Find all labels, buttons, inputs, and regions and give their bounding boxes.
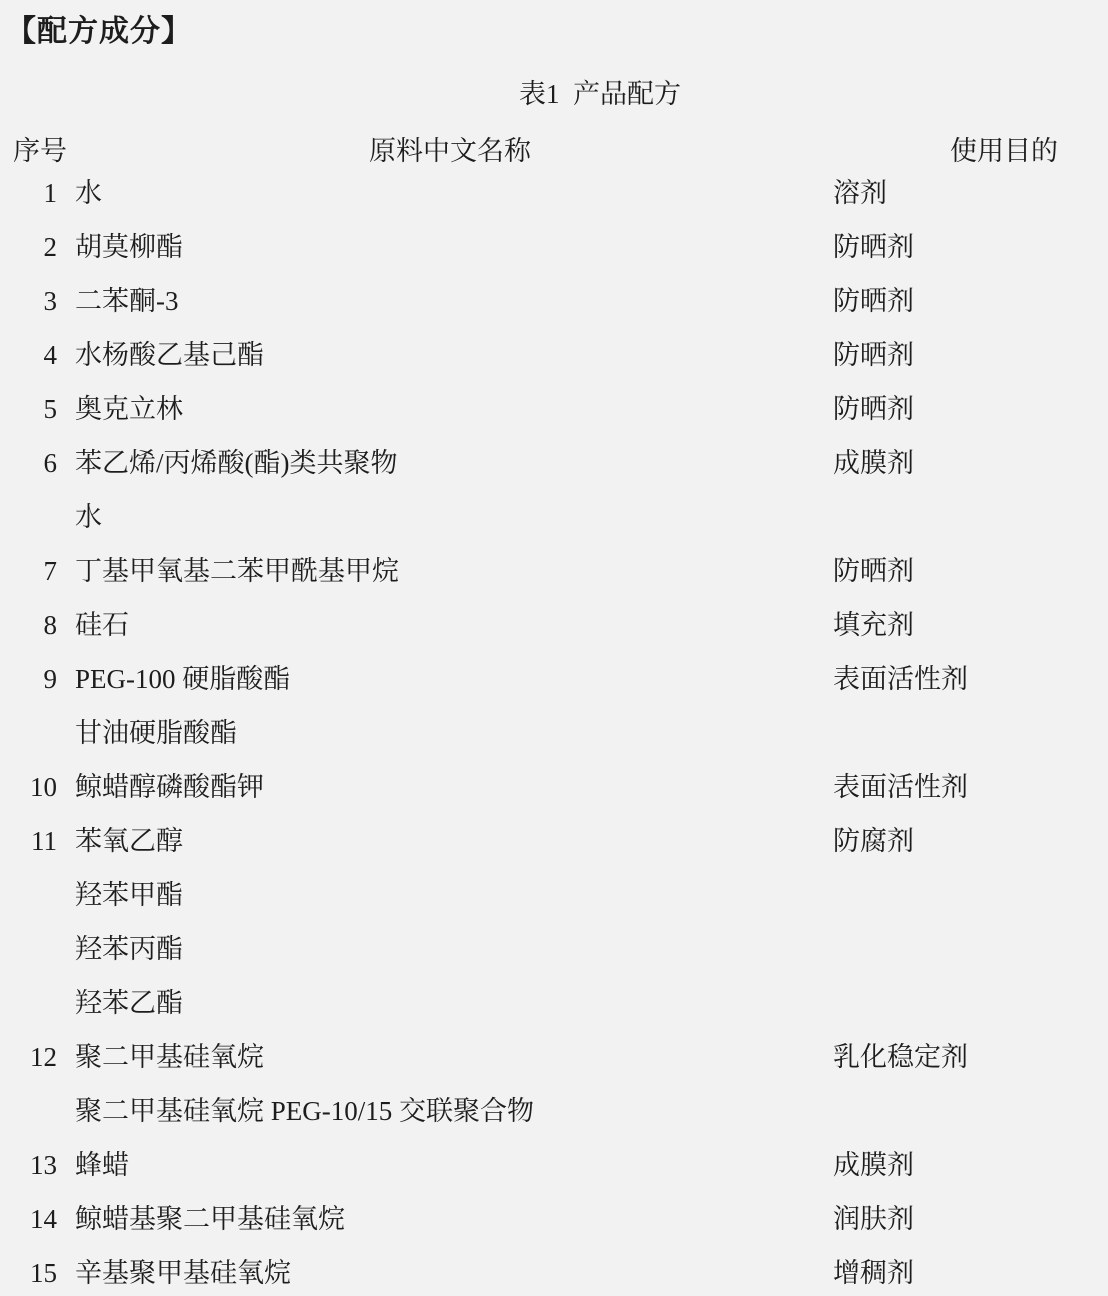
table-row: 羟苯甲酯 [0,868,1108,922]
usage-purpose [833,868,1108,922]
table-row: 1 水 溶剂 [0,166,1108,220]
row-number: 7 [0,544,62,598]
usage-purpose: 防晒剂 [833,328,1108,382]
row-number: 3 [0,274,62,328]
usage-purpose: 防晒剂 [833,274,1108,328]
row-number: 5 [0,382,62,436]
usage-purpose: 溶剂 [833,166,1108,220]
table-row: 9 PEG-100 硬脂酸酯 表面活性剂 [0,652,1108,706]
row-number [0,1084,62,1138]
ingredient-name: 胡莫柳酯 [62,220,833,274]
ingredient-name: 水 [62,490,833,544]
table-row: 7 丁基甲氧基二苯甲酰基甲烷 防晒剂 [0,544,1108,598]
table-row: 14 鲸蜡基聚二甲基硅氧烷 润肤剂 [0,1192,1108,1246]
table-row: 5 奥克立林 防晒剂 [0,382,1108,436]
document-page: 【配方成分】 表1 产品配方 序号 原料中文名称 使用目的 1 水 溶剂 2 胡… [0,0,1108,1296]
usage-purpose [833,1084,1108,1138]
table-row: 3 二苯酮-3 防晒剂 [0,274,1108,328]
table-row: 12 聚二甲基硅氧烷 乳化稳定剂 [0,1030,1108,1084]
row-number [0,868,62,922]
usage-purpose: 填充剂 [833,598,1108,652]
usage-purpose: 成膜剂 [833,1138,1108,1192]
row-number: 10 [0,760,62,814]
row-number: 14 [0,1192,62,1246]
row-number: 4 [0,328,62,382]
ingredient-name: 蜂蜡 [62,1138,833,1192]
table-row: 聚二甲基硅氧烷 PEG-10/15 交联聚合物 [0,1084,1108,1138]
table-row: 6 苯乙烯/丙烯酸(酯)类共聚物 成膜剂 [0,436,1108,490]
usage-purpose: 乳化稳定剂 [833,1030,1108,1084]
row-number: 6 [0,436,62,490]
row-number: 8 [0,598,62,652]
row-number: 9 [0,652,62,706]
ingredient-name: 奥克立林 [62,382,833,436]
table-row: 15 辛基聚甲基硅氧烷 增稠剂 [0,1246,1108,1296]
ingredient-name: 辛基聚甲基硅氧烷 [62,1246,833,1296]
row-number: 12 [0,1030,62,1084]
table-row: 羟苯丙酯 [0,922,1108,976]
usage-purpose: 表面活性剂 [833,652,1108,706]
ingredient-name: 二苯酮-3 [62,274,833,328]
table-row: 2 胡莫柳酯 防晒剂 [0,220,1108,274]
row-number: 15 [0,1246,62,1296]
ingredient-name: 聚二甲基硅氧烷 [62,1030,833,1084]
column-header-ingredient-name: 原料中文名称 [369,129,531,168]
ingredient-name: 鲸蜡基聚二甲基硅氧烷 [62,1192,833,1246]
row-number: 13 [0,1138,62,1192]
usage-purpose: 防腐剂 [833,814,1108,868]
ingredient-name: 水杨酸乙基己酯 [62,328,833,382]
ingredient-name: 聚二甲基硅氧烷 PEG-10/15 交联聚合物 [62,1084,833,1138]
ingredient-name: 硅石 [62,598,833,652]
ingredient-name: 甘油硬脂酸酯 [62,706,833,760]
table-row: 甘油硬脂酸酯 [0,706,1108,760]
usage-purpose: 表面活性剂 [833,760,1108,814]
ingredient-name: 丁基甲氧基二苯甲酰基甲烷 [62,544,833,598]
row-number [0,490,62,544]
ingredient-name: 羟苯乙酯 [62,976,833,1030]
row-number: 2 [0,220,62,274]
column-header-usage-purpose: 使用目的 [950,129,1058,168]
ingredient-name: 苯乙烯/丙烯酸(酯)类共聚物 [62,436,833,490]
table-row: 11 苯氧乙醇 防腐剂 [0,814,1108,868]
ingredient-name: 羟苯丙酯 [62,922,833,976]
usage-purpose [833,976,1108,1030]
usage-purpose [833,490,1108,544]
usage-purpose: 防晒剂 [833,382,1108,436]
table-row: 4 水杨酸乙基己酯 防晒剂 [0,328,1108,382]
usage-purpose: 润肤剂 [833,1192,1108,1246]
usage-purpose: 成膜剂 [833,436,1108,490]
table-row: 水 [0,490,1108,544]
table-body: 1 水 溶剂 2 胡莫柳酯 防晒剂 3 二苯酮-3 防晒剂 4 水杨酸乙基己酯 … [0,166,1108,1296]
ingredient-name: 苯氧乙醇 [62,814,833,868]
ingredient-name: 羟苯甲酯 [62,868,833,922]
table-row: 羟苯乙酯 [0,976,1108,1030]
row-number: 1 [0,166,62,220]
usage-purpose: 增稠剂 [833,1246,1108,1296]
row-number [0,922,62,976]
usage-purpose: 防晒剂 [833,544,1108,598]
table-row: 13 蜂蜡 成膜剂 [0,1138,1108,1192]
ingredient-name: PEG-100 硬脂酸酯 [62,652,833,706]
ingredient-name: 水 [62,166,833,220]
row-number [0,976,62,1030]
column-header-no: 序号 [13,129,67,168]
table-title: 表1 产品配方 [0,72,1108,111]
table-row: 10 鲸蜡醇磷酸酯钾 表面活性剂 [0,760,1108,814]
usage-purpose [833,706,1108,760]
usage-purpose [833,922,1108,976]
ingredient-name: 鲸蜡醇磷酸酯钾 [62,760,833,814]
row-number: 11 [0,814,62,868]
table-row: 8 硅石 填充剂 [0,598,1108,652]
usage-purpose: 防晒剂 [833,220,1108,274]
row-number [0,706,62,760]
section-heading: 【配方成分】 [6,6,192,50]
